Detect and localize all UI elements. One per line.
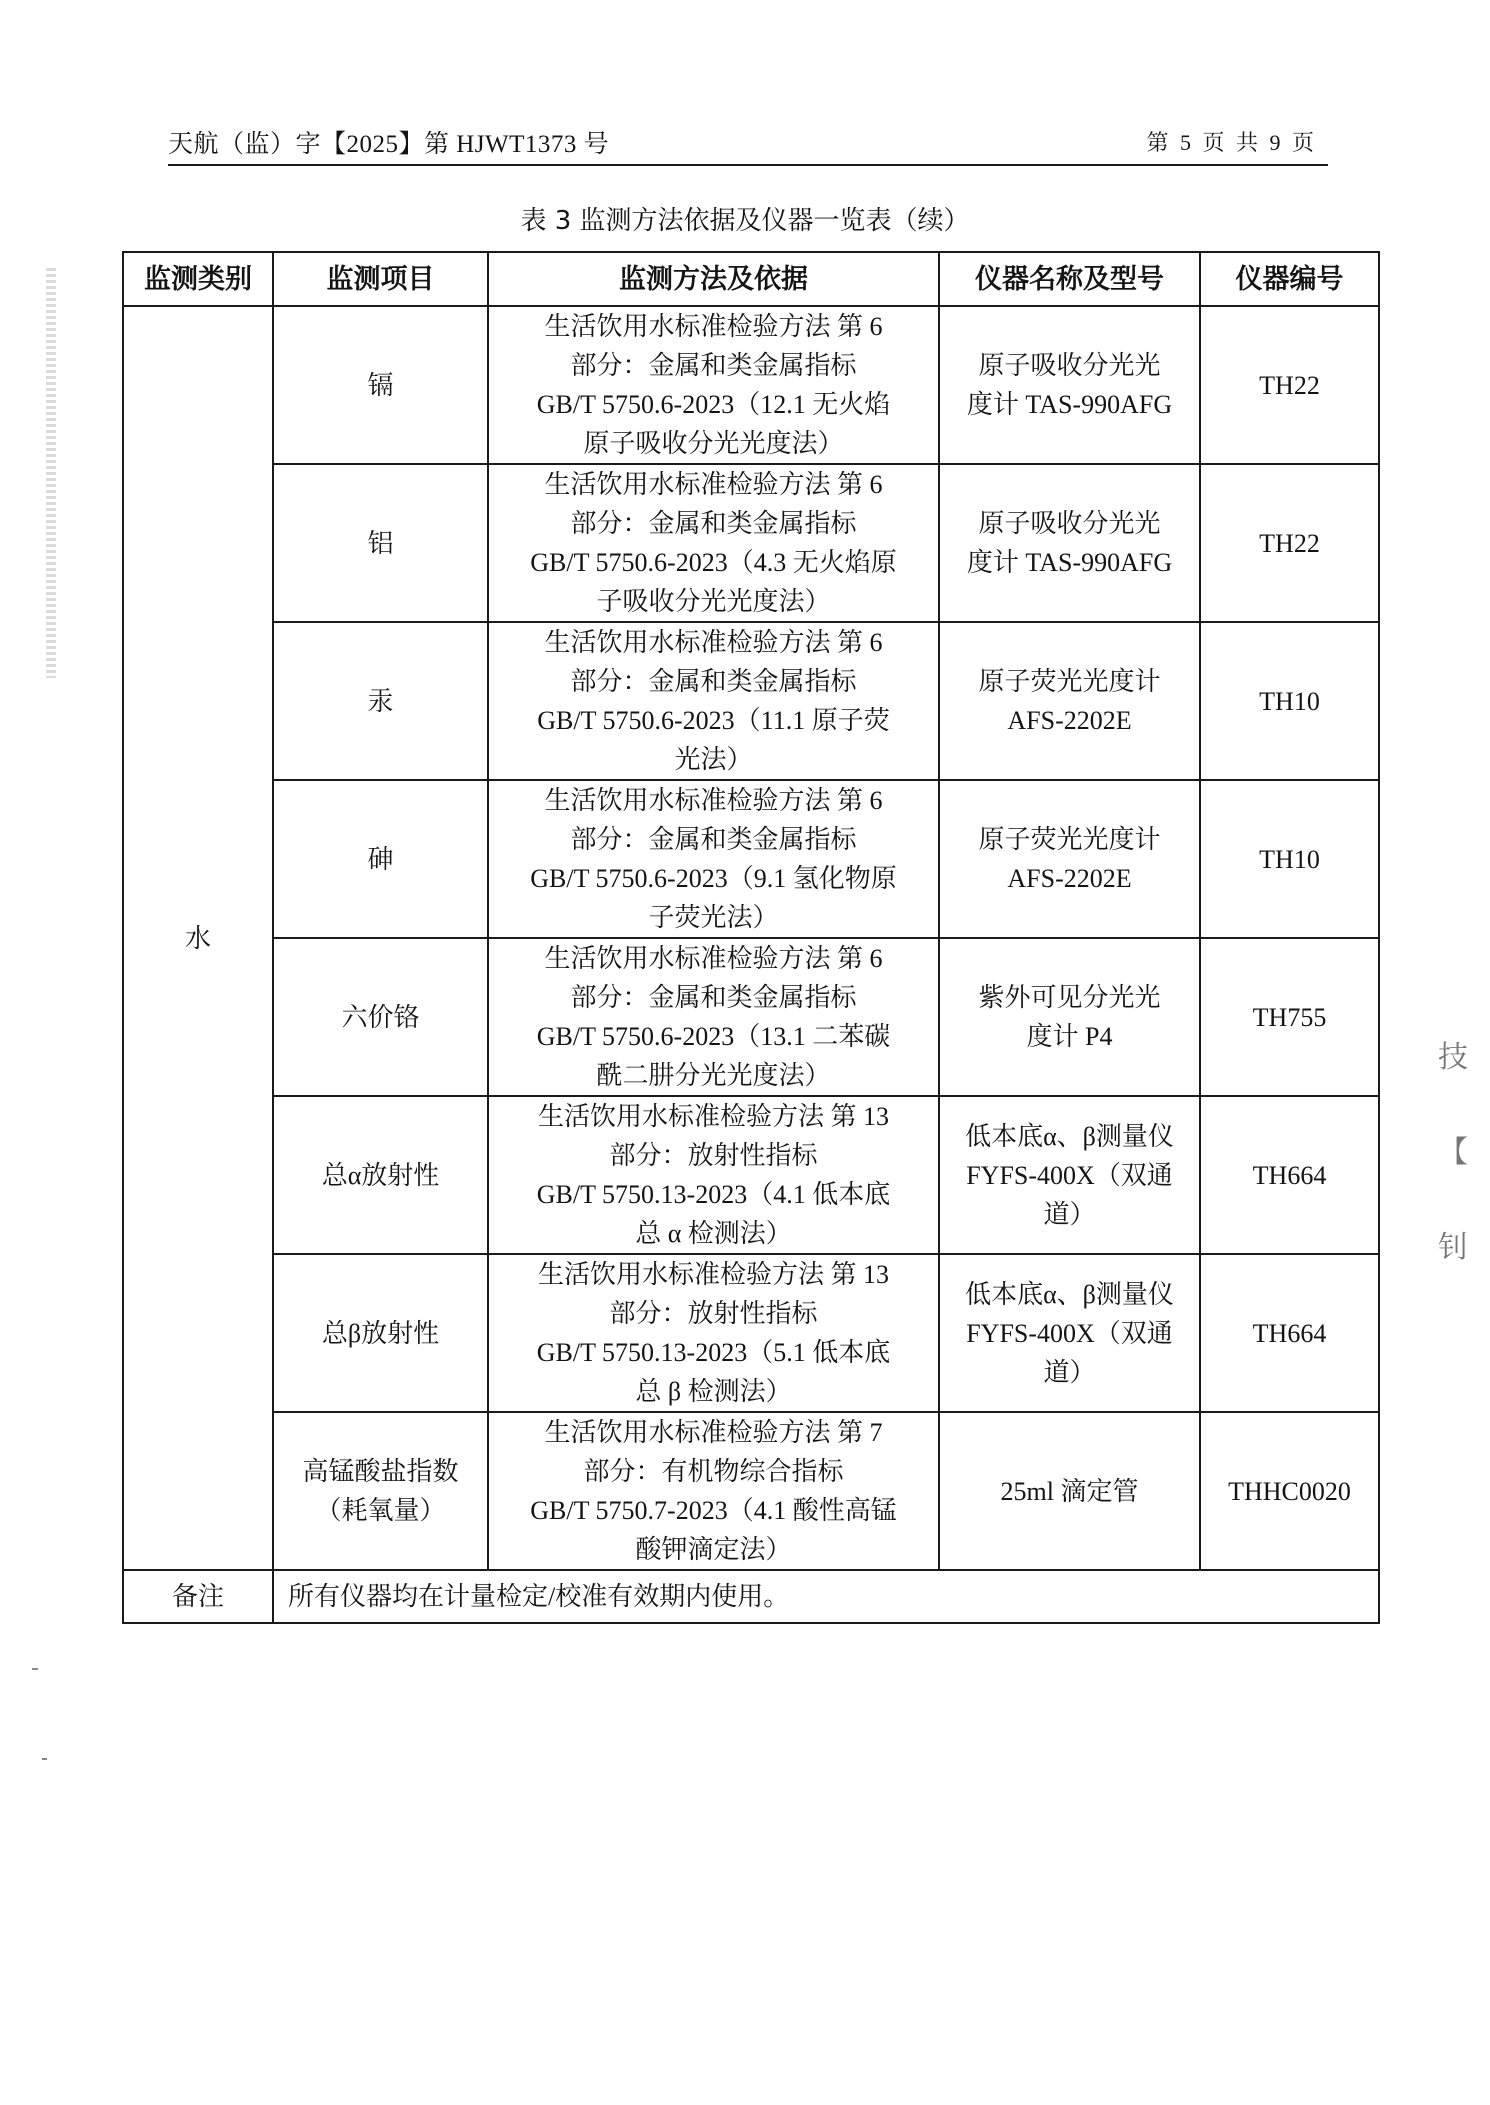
method-line: 生活饮用水标准检验方法 第 7 — [493, 1413, 934, 1452]
method-line: 生活饮用水标准检验方法 第 13 — [493, 1097, 934, 1136]
method-line: 子吸收分光光度法） — [493, 582, 934, 621]
instrument-line: 道） — [944, 1353, 1195, 1392]
instrument-line: 低本底α、β测量仪 — [944, 1275, 1195, 1314]
item-cell: 六价铬 — [273, 938, 488, 1096]
instrument-line: 度计 P4 — [944, 1017, 1195, 1056]
instrument-line: 度计 TAS-990AFG — [944, 385, 1195, 424]
table-row: 高锰酸盐指数 （耗氧量） 生活饮用水标准检验方法 第 7 部分：有机物综合指标 … — [123, 1412, 1379, 1570]
method-line: 部分：有机物综合指标 — [493, 1452, 934, 1491]
method-line: 部分：金属和类金属指标 — [493, 978, 934, 1017]
method-line: 光法） — [493, 740, 934, 779]
table-row: 总α放射性 生活饮用水标准检验方法 第 13 部分：放射性指标 GB/T 575… — [123, 1096, 1379, 1254]
method-line: 生活饮用水标准检验方法 第 6 — [493, 307, 934, 346]
method-line: 酸钾滴定法） — [493, 1530, 934, 1569]
stamp-char: 【 — [1438, 1105, 1490, 1200]
remarks-label: 备注 — [123, 1570, 273, 1623]
method-line: GB/T 5750.6-2023（13.1 二苯碳 — [493, 1017, 934, 1056]
instrument-line: 道） — [944, 1195, 1195, 1234]
table-header-row: 监测类别 监测项目 监测方法及依据 仪器名称及型号 仪器编号 — [123, 252, 1379, 306]
instrument-cell: 原子荧光光度计 AFS-2202E — [939, 780, 1200, 938]
method-line: GB/T 5750.13-2023（5.1 低本底 — [493, 1333, 934, 1372]
method-line: 生活饮用水标准检验方法 第 6 — [493, 939, 934, 978]
item-cell: 总β放射性 — [273, 1254, 488, 1412]
scan-speck — [42, 1758, 47, 1760]
instrument-id-cell: TH664 — [1200, 1254, 1379, 1412]
method-cell: 生活饮用水标准检验方法 第 6 部分：金属和类金属指标 GB/T 5750.6-… — [488, 622, 939, 780]
remarks-text: 所有仪器均在计量检定/校准有效期内使用。 — [273, 1570, 1379, 1623]
method-line: 部分：放射性指标 — [493, 1294, 934, 1333]
table-row: 汞 生活饮用水标准检验方法 第 6 部分：金属和类金属指标 GB/T 5750.… — [123, 622, 1379, 780]
instrument-line: 低本底α、β测量仪 — [944, 1117, 1195, 1156]
method-line: GB/T 5750.13-2023（4.1 低本底 — [493, 1175, 934, 1214]
column-header-method: 监测方法及依据 — [488, 252, 939, 306]
method-line: GB/T 5750.6-2023（11.1 原子荧 — [493, 701, 934, 740]
instrument-cell: 原子吸收分光光 度计 TAS-990AFG — [939, 464, 1200, 622]
column-header-category: 监测类别 — [123, 252, 273, 306]
instrument-line: 原子吸收分光光 — [944, 504, 1195, 543]
column-header-item: 监测项目 — [273, 252, 488, 306]
instrument-id-cell: TH22 — [1200, 306, 1379, 464]
method-line: 生活饮用水标准检验方法 第 6 — [493, 465, 934, 504]
method-line: 总 α 检测法） — [493, 1214, 934, 1253]
method-line: 原子吸收分光光度法） — [493, 424, 934, 463]
method-cell: 生活饮用水标准检验方法 第 6 部分：金属和类金属指标 GB/T 5750.6-… — [488, 780, 939, 938]
stamp-char: 技 — [1438, 1010, 1490, 1105]
seal-stamp-fragment: 技 【 钊 — [1438, 1010, 1490, 1310]
column-header-instrument: 仪器名称及型号 — [939, 252, 1200, 306]
methods-instruments-table: 监测类别 监测项目 监测方法及依据 仪器名称及型号 仪器编号 水 镉 生活饮用水… — [122, 251, 1380, 1624]
stamp-char: 钊 — [1438, 1200, 1490, 1295]
instrument-cell: 25ml 滴定管 — [939, 1412, 1200, 1570]
method-cell: 生活饮用水标准检验方法 第 6 部分：金属和类金属指标 GB/T 5750.6-… — [488, 306, 939, 464]
table-row: 铝 生活饮用水标准检验方法 第 6 部分：金属和类金属指标 GB/T 5750.… — [123, 464, 1379, 622]
item-line: （耗氧量） — [278, 1491, 483, 1530]
method-line: 部分：金属和类金属指标 — [493, 662, 934, 701]
column-header-instrument-id: 仪器编号 — [1200, 252, 1379, 306]
instrument-cell: 原子吸收分光光 度计 TAS-990AFG — [939, 306, 1200, 464]
method-line: GB/T 5750.6-2023（12.1 无火焰 — [493, 385, 934, 424]
instrument-cell: 紫外可见分光光 度计 P4 — [939, 938, 1200, 1096]
method-line: 部分：金属和类金属指标 — [493, 346, 934, 385]
table-title: 表 3 监测方法依据及仪器一览表（续） — [0, 200, 1490, 237]
item-line: 高锰酸盐指数 — [278, 1452, 483, 1491]
instrument-line: 原子荧光光度计 — [944, 820, 1195, 859]
method-line: GB/T 5750.7-2023（4.1 酸性高锰 — [493, 1491, 934, 1530]
method-line: 生活饮用水标准检验方法 第 13 — [493, 1255, 934, 1294]
instrument-line: AFS-2202E — [944, 859, 1195, 898]
scan-margin-artifact — [46, 268, 56, 678]
table-row: 砷 生活饮用水标准检验方法 第 6 部分：金属和类金属指标 GB/T 5750.… — [123, 780, 1379, 938]
item-cell: 汞 — [273, 622, 488, 780]
instrument-line: FYFS-400X（双通 — [944, 1156, 1195, 1195]
instrument-line: 25ml 滴定管 — [944, 1472, 1195, 1511]
item-cell: 铝 — [273, 464, 488, 622]
instrument-line: 紫外可见分光光 — [944, 978, 1195, 1017]
instrument-id-cell: TH22 — [1200, 464, 1379, 622]
table-row: 水 镉 生活饮用水标准检验方法 第 6 部分：金属和类金属指标 GB/T 575… — [123, 306, 1379, 464]
table-row: 六价铬 生活饮用水标准检验方法 第 6 部分：金属和类金属指标 GB/T 575… — [123, 938, 1379, 1096]
remarks-row: 备注 所有仪器均在计量检定/校准有效期内使用。 — [123, 1570, 1379, 1623]
item-cell: 镉 — [273, 306, 488, 464]
item-cell: 高锰酸盐指数 （耗氧量） — [273, 1412, 488, 1570]
page-header: 天航（监）字【2025】第 HJWT1373 号 第 5 页 共 9 页 — [168, 124, 1328, 166]
method-line: 部分：放射性指标 — [493, 1136, 934, 1175]
method-cell: 生活饮用水标准检验方法 第 6 部分：金属和类金属指标 GB/T 5750.6-… — [488, 464, 939, 622]
table-row: 总β放射性 生活饮用水标准检验方法 第 13 部分：放射性指标 GB/T 575… — [123, 1254, 1379, 1412]
method-line: 子荧光法） — [493, 898, 934, 937]
scan-speck — [32, 1668, 38, 1670]
instrument-line: 度计 TAS-990AFG — [944, 543, 1195, 582]
method-cell: 生活饮用水标准检验方法 第 7 部分：有机物综合指标 GB/T 5750.7-2… — [488, 1412, 939, 1570]
document-number: 天航（监）字【2025】第 HJWT1373 号 — [168, 124, 609, 160]
method-line: 总 β 检测法） — [493, 1372, 934, 1411]
method-line: GB/T 5750.6-2023（4.3 无火焰原 — [493, 543, 934, 582]
instrument-id-cell: TH10 — [1200, 622, 1379, 780]
item-cell: 总α放射性 — [273, 1096, 488, 1254]
method-line: 部分：金属和类金属指标 — [493, 820, 934, 859]
item-cell: 砷 — [273, 780, 488, 938]
method-cell: 生活饮用水标准检验方法 第 6 部分：金属和类金属指标 GB/T 5750.6-… — [488, 938, 939, 1096]
instrument-line: 原子吸收分光光 — [944, 346, 1195, 385]
method-line: 生活饮用水标准检验方法 第 6 — [493, 623, 934, 662]
method-line: 生活饮用水标准检验方法 第 6 — [493, 781, 934, 820]
instrument-line: 原子荧光光度计 — [944, 662, 1195, 701]
method-cell: 生活饮用水标准检验方法 第 13 部分：放射性指标 GB/T 5750.13-2… — [488, 1254, 939, 1412]
instrument-line: AFS-2202E — [944, 701, 1195, 740]
instrument-id-cell: TH10 — [1200, 780, 1379, 938]
instrument-cell: 原子荧光光度计 AFS-2202E — [939, 622, 1200, 780]
instrument-line: FYFS-400X（双通 — [944, 1314, 1195, 1353]
instrument-id-cell: TH755 — [1200, 938, 1379, 1096]
method-line: 部分：金属和类金属指标 — [493, 504, 934, 543]
instrument-id-cell: THHC0020 — [1200, 1412, 1379, 1570]
page-indicator: 第 5 页 共 9 页 — [1146, 126, 1314, 157]
method-line: GB/T 5750.6-2023（9.1 氢化物原 — [493, 859, 934, 898]
instrument-cell: 低本底α、β测量仪 FYFS-400X（双通 道） — [939, 1254, 1200, 1412]
method-cell: 生活饮用水标准检验方法 第 13 部分：放射性指标 GB/T 5750.13-2… — [488, 1096, 939, 1254]
method-line: 酰二肼分光光度法） — [493, 1056, 934, 1095]
instrument-id-cell: TH664 — [1200, 1096, 1379, 1254]
category-cell: 水 — [123, 306, 273, 1570]
instrument-cell: 低本底α、β测量仪 FYFS-400X（双通 道） — [939, 1096, 1200, 1254]
